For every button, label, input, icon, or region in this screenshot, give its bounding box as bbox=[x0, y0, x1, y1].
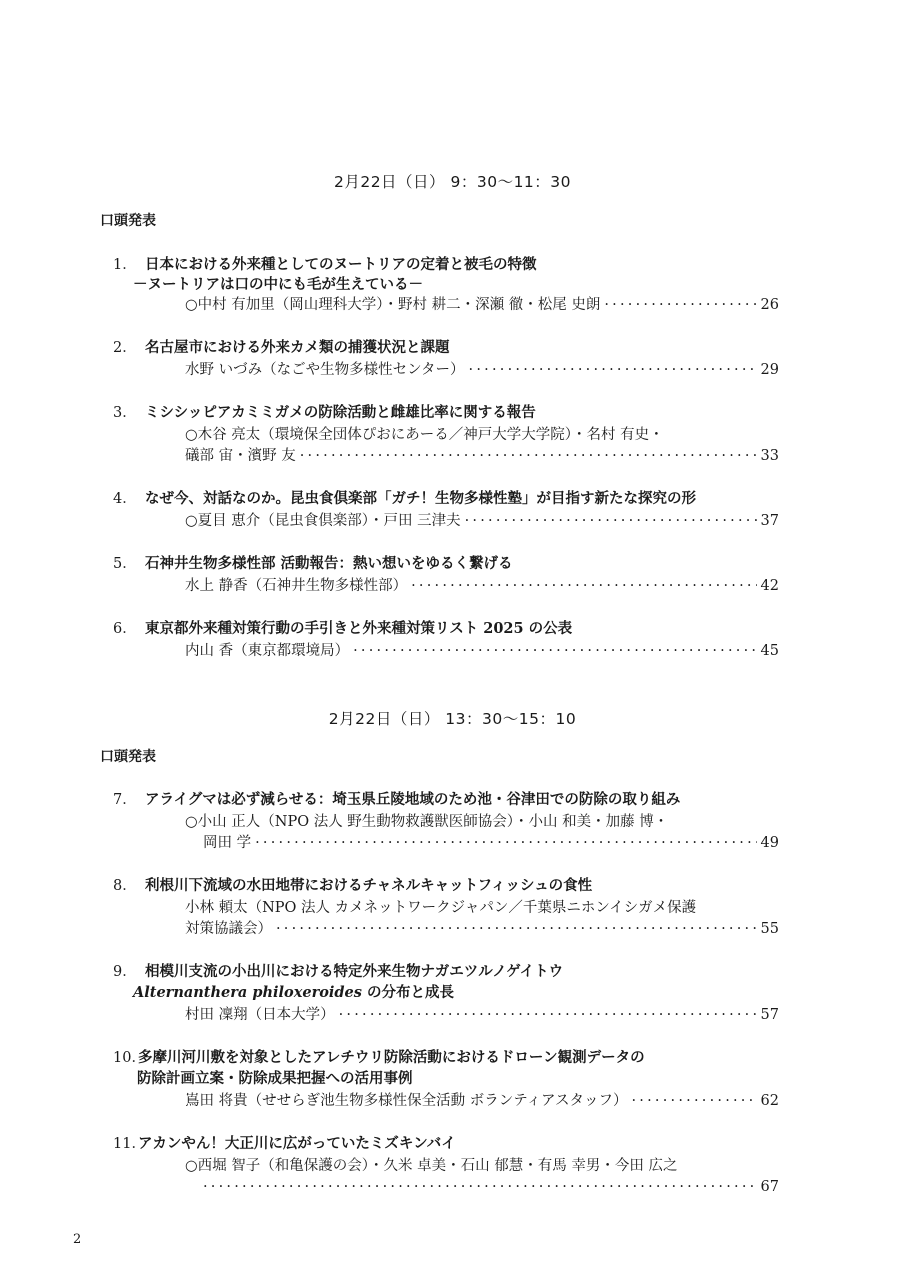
entry-9-page: 57 bbox=[761, 1005, 779, 1025]
entry-number: 6． bbox=[113, 619, 145, 639]
entry-9-authors: 村田 凜翔（日本大学） ····························… bbox=[185, 1005, 779, 1025]
authors-text: 嶌田 将貴（せせらぎ池生物多様性保全活動 ボランティアスタッフ） bbox=[185, 1091, 627, 1111]
authors-text: ○夏目 恵介（昆虫食倶楽部）・戸田 三津夫 bbox=[185, 511, 461, 531]
leader-dots: ········································… bbox=[255, 833, 756, 853]
entry-2-authors: 水野 いづみ（なごや生物多様性センター） ···················… bbox=[185, 360, 779, 380]
section-label-oral: 口頭発表 bbox=[100, 210, 156, 230]
entry-2-page: 29 bbox=[761, 360, 779, 380]
leader-dots: ········································… bbox=[465, 511, 757, 531]
leader-dots: ········································… bbox=[411, 576, 756, 596]
title-text: 多摩川河川敷を対象としたアレチウリ防除活動におけるドローン観測データの bbox=[138, 1049, 645, 1066]
entry-11-authors-line-2: ········································… bbox=[203, 1177, 779, 1197]
entry-9-title: 9．相模川支流の小出川における特定外来生物ナガエツルノゲイトウ bbox=[113, 962, 563, 982]
entry-8-authors-line-2: 対策協議会） ·································… bbox=[185, 919, 779, 939]
entry-number: 5． bbox=[113, 554, 145, 574]
title-text: 名古屋市における外来カメ類の捕獲状況と課題 bbox=[145, 339, 450, 356]
entry-3-page: 33 bbox=[761, 446, 779, 466]
entry-number: 10． bbox=[113, 1048, 138, 1068]
entry-8-title: 8．利根川下流域の水田地帯におけるチャネルキャットフィッシュの食性 bbox=[113, 876, 592, 896]
entry-5-title: 5．石神井生物多様性部 活動報告：熱い想いをゆるく繋げる bbox=[113, 554, 513, 574]
entry-6-title: 6．東京都外来種対策行動の手引きと外来種対策リスト 2025 の公表 bbox=[113, 619, 572, 639]
entry-4-authors: ○夏目 恵介（昆虫食倶楽部）・戸田 三津夫 ··················… bbox=[185, 511, 779, 531]
entry-1-page: 26 bbox=[761, 295, 779, 315]
title-text: の分布と成長 bbox=[362, 984, 454, 1001]
entry-8-page: 55 bbox=[761, 919, 779, 939]
title-text: アカンやん！大正川に広がっていたミズキンバイ bbox=[138, 1135, 456, 1152]
entry-1-title: 1．日本における外来種としてのヌートリアの定着と被毛の特徴 bbox=[113, 255, 537, 275]
session-2-heading: 2月22日（日） 13：30～15：10 bbox=[0, 707, 905, 729]
entry-7-title: 7．アライグマは必ず減らせる：埼玉県丘陵地域のため池・谷津田での防除の取り組み bbox=[113, 790, 680, 810]
authors-text: 対策協議会） bbox=[185, 919, 272, 939]
title-text: 相模川支流の小出川における特定外来生物ナガエツルノゲイトウ bbox=[145, 963, 563, 980]
scientific-name: Alternanthera philoxeroides bbox=[133, 984, 362, 1001]
entry-number: 3． bbox=[113, 403, 145, 423]
title-text: 石神井生物多様性部 活動報告：熱い想いをゆるく繋げる bbox=[145, 555, 513, 572]
leader-dots: ········································… bbox=[339, 1005, 757, 1025]
entry-5-authors: 水上 静香（石神井生物多様性部） ·······················… bbox=[185, 576, 779, 596]
title-text: なぜ今、対話なのか。昆虫食倶楽部「ガチ！生物多様性塾」が目指す新たな探究の形 bbox=[145, 490, 696, 507]
entry-1-subtitle: －ヌートリアは口の中にも毛が生えている－ bbox=[133, 275, 423, 295]
leader-dots: ········································… bbox=[353, 641, 756, 661]
leader-dots: ········································… bbox=[300, 446, 757, 466]
entry-6-page: 45 bbox=[761, 641, 779, 661]
entry-11-page: 67 bbox=[761, 1177, 779, 1197]
entry-4-title: 4．なぜ今、対話なのか。昆虫食倶楽部「ガチ！生物多様性塾」が目指す新たな探究の形 bbox=[113, 489, 696, 509]
authors-text: 内山 香（東京都環境局） bbox=[185, 641, 349, 661]
entry-number: 9． bbox=[113, 962, 145, 982]
leader-dots: ········································… bbox=[469, 360, 757, 380]
leader-dots: ········································… bbox=[276, 919, 757, 939]
entry-1-authors: ○中村 有加里（岡山理科大学）・野村 耕二・深瀬 徹・松尾 史朗 ·······… bbox=[185, 295, 779, 315]
entry-number: 8． bbox=[113, 876, 145, 896]
authors-text: ○中村 有加里（岡山理科大学）・野村 耕二・深瀬 徹・松尾 史朗 bbox=[185, 295, 600, 315]
entry-3-authors-line-2: 礒部 宙・濱野 友 ······························… bbox=[185, 446, 779, 466]
title-text: 日本における外来種としてのヌートリアの定着と被毛の特徴 bbox=[145, 256, 537, 273]
section-label-oral: 口頭発表 bbox=[100, 746, 156, 766]
authors-text: 村田 凜翔（日本大学） bbox=[185, 1005, 335, 1025]
entry-10-title-line-2: 防除計画立案・防除成果把握への活用事例 bbox=[137, 1069, 413, 1089]
authors-text: 水野 いづみ（なごや生物多様性センター） bbox=[185, 360, 465, 380]
entry-7-authors-line-2: 岡田 学 ···································… bbox=[203, 833, 779, 853]
leader-dots: ········································… bbox=[631, 1091, 756, 1111]
entry-11-title: 11．アカンやん！大正川に広がっていたミズキンバイ bbox=[113, 1134, 456, 1154]
authors-text: 岡田 学 bbox=[203, 833, 251, 853]
entry-7-authors-line-1: ○小山 正人（NPO 法人 野生動物救護獣医師協会）・小山 和美・加藤 博・ bbox=[185, 812, 668, 832]
session-1-heading: 2月22日（日） 9：30～11：30 bbox=[0, 170, 905, 192]
entry-4-page: 37 bbox=[761, 511, 779, 531]
entry-2-title: 2．名古屋市における外来カメ類の捕獲状況と課題 bbox=[113, 338, 450, 358]
entry-6-authors: 内山 香（東京都環境局） ···························… bbox=[185, 641, 779, 661]
entry-number: 7． bbox=[113, 790, 145, 810]
authors-text: 水上 静香（石神井生物多様性部） bbox=[185, 576, 407, 596]
leader-dots: ········································… bbox=[604, 295, 756, 315]
leader-dots: ········································… bbox=[203, 1177, 757, 1197]
entry-5-page: 42 bbox=[761, 576, 779, 596]
title-text: 東京都外来種対策行動の手引きと外来種対策リスト 2025 の公表 bbox=[145, 620, 572, 637]
entry-7-page: 49 bbox=[761, 833, 779, 853]
page-number: 2 bbox=[73, 1232, 81, 1247]
entry-number: 11． bbox=[113, 1134, 138, 1154]
entry-number: 4． bbox=[113, 489, 145, 509]
entry-10-page: 62 bbox=[761, 1091, 779, 1111]
entry-10-title: 10．多摩川河川敷を対象としたアレチウリ防除活動におけるドローン観測データの bbox=[113, 1048, 645, 1068]
entry-3-title: 3．ミシシッピアカミミガメの防除活動と雌雄比率に関する報告 bbox=[113, 403, 536, 423]
entry-10-authors: 嶌田 将貴（せせらぎ池生物多様性保全活動 ボランティアスタッフ） ·······… bbox=[185, 1091, 779, 1111]
title-text: ミシシッピアカミミガメの防除活動と雌雄比率に関する報告 bbox=[145, 404, 536, 421]
entry-number: 2． bbox=[113, 338, 145, 358]
entry-9-title-line-2: Alternanthera philoxeroides の分布と成長 bbox=[133, 983, 454, 1003]
entry-11-authors-line-1: ○西堀 智子（和亀保護の会）・久米 卓美・石山 郁慧・有馬 幸男・今田 広之 bbox=[185, 1156, 677, 1176]
title-text: 利根川下流域の水田地帯におけるチャネルキャットフィッシュの食性 bbox=[145, 877, 592, 894]
entry-3-authors-line-1: ○木谷 亮太（環境保全団体ぴおにあーる／神戸大学大学院）・名村 有史・ bbox=[185, 425, 664, 445]
authors-text: 礒部 宙・濱野 友 bbox=[185, 446, 296, 466]
title-text: アライグマは必ず減らせる：埼玉県丘陵地域のため池・谷津田での防除の取り組み bbox=[145, 791, 680, 808]
entry-number: 1． bbox=[113, 255, 145, 275]
entry-8-authors-line-1: 小林 頼太（NPO 法人 カメネットワークジャパン／千葉県ニホンイシガメ保護 bbox=[185, 898, 696, 918]
